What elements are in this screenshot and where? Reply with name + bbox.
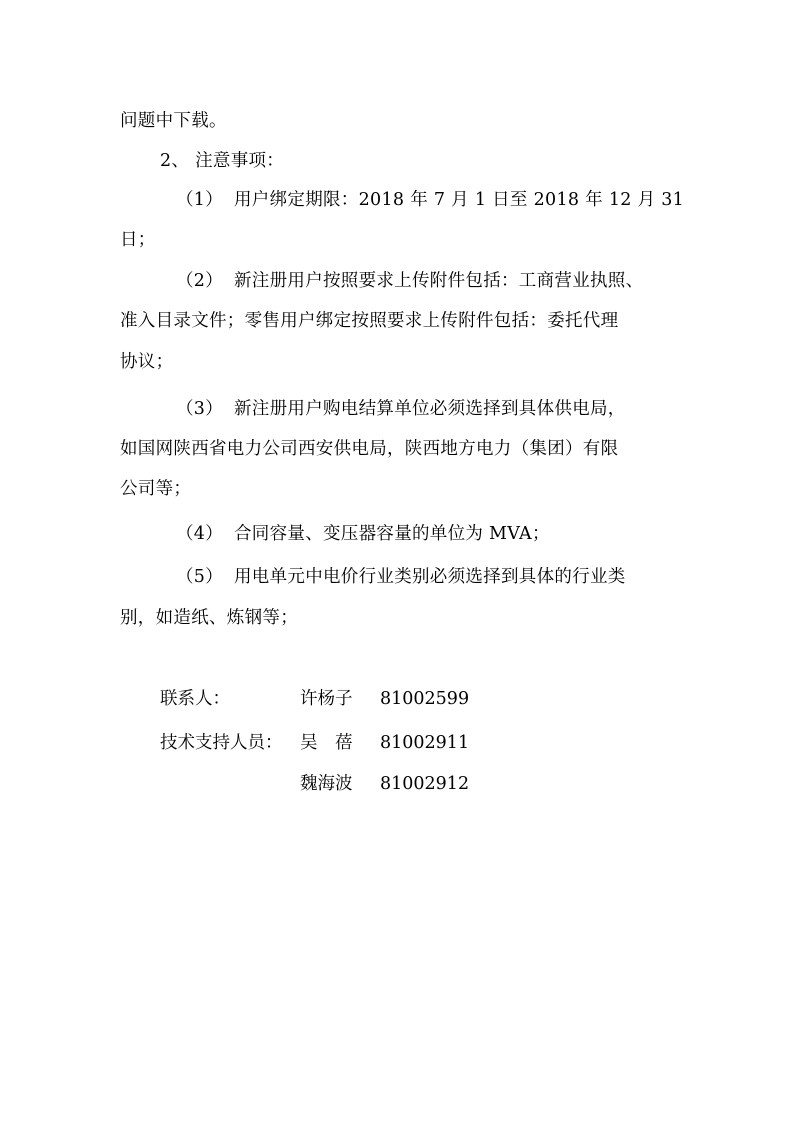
- paragraph-line: 协议；: [120, 350, 173, 374]
- support-name: 吴 蓓: [300, 731, 353, 755]
- note-number: （1）: [176, 188, 234, 212]
- paragraph-line: 别，如造纸、炼钢等；: [120, 606, 298, 630]
- note-text: 新注册用户按照要求上传附件包括：工商营业执照、: [234, 271, 643, 291]
- support-phone: 81002912: [380, 772, 469, 796]
- section-heading: 2、 注意事项：: [160, 149, 284, 173]
- support-label: 技术支持人员：: [160, 731, 283, 755]
- note-number: （3）: [176, 397, 234, 421]
- note-text: 新注册用户购电结算单位必须选择到具体供电局，: [234, 399, 626, 419]
- contact-name: 许杨子: [300, 687, 353, 711]
- note-text: 合同容量、变压器容量的单位为 MVA；: [234, 524, 550, 544]
- note-text: 用电单元中电价行业类别必须选择到具体的行业类: [234, 567, 626, 587]
- note-number: （2）: [176, 269, 234, 293]
- note-item-2: （2）新注册用户按照要求上传附件包括：工商营业执照、: [176, 269, 643, 293]
- note-number: （4）: [176, 522, 234, 546]
- paragraph-line: 准入目录文件；零售用户绑定按照要求上传附件包括：委托代理: [120, 309, 618, 333]
- support-phone: 81002911: [380, 731, 469, 755]
- note-item-5: （5）用电单元中电价行业类别必须选择到具体的行业类: [176, 565, 626, 589]
- contact-label: 联系人：: [160, 687, 230, 711]
- note-item-3: （3）新注册用户购电结算单位必须选择到具体供电局，: [176, 397, 626, 421]
- note-number: （5）: [176, 565, 234, 589]
- contact-phone: 81002599: [380, 687, 469, 711]
- paragraph-line: 日；: [120, 228, 156, 252]
- support-name: 魏海波: [300, 772, 353, 796]
- note-item-4: （4）合同容量、变压器容量的单位为 MVA；: [176, 522, 550, 546]
- note-text: 用户绑定期限：2018 年 7 月 1 日至 2018 年 12 月 31: [234, 190, 684, 210]
- paragraph-line: 问题中下载。: [120, 109, 227, 133]
- paragraph-line: 公司等；: [120, 477, 191, 501]
- note-item-1: （1）用户绑定期限：2018 年 7 月 1 日至 2018 年 12 月 31: [176, 188, 684, 212]
- paragraph-line: 如国网陕西省电力公司西安供电局，陕西地方电力（集团）有限: [120, 437, 618, 461]
